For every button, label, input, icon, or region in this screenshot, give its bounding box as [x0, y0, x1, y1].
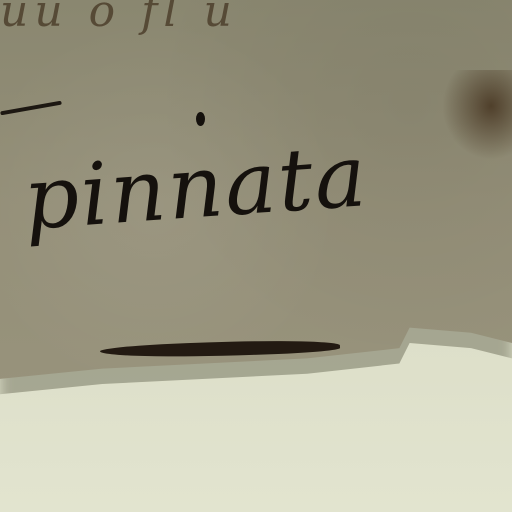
edge-ink-smear: [100, 338, 340, 360]
ink-dot: [196, 112, 205, 126]
handwritten-word: pinnata: [21, 126, 372, 250]
ink-stroke: [0, 101, 62, 116]
top-partial-handwriting: uu o fl u: [0, 0, 512, 37]
ink-stain: [442, 70, 512, 160]
